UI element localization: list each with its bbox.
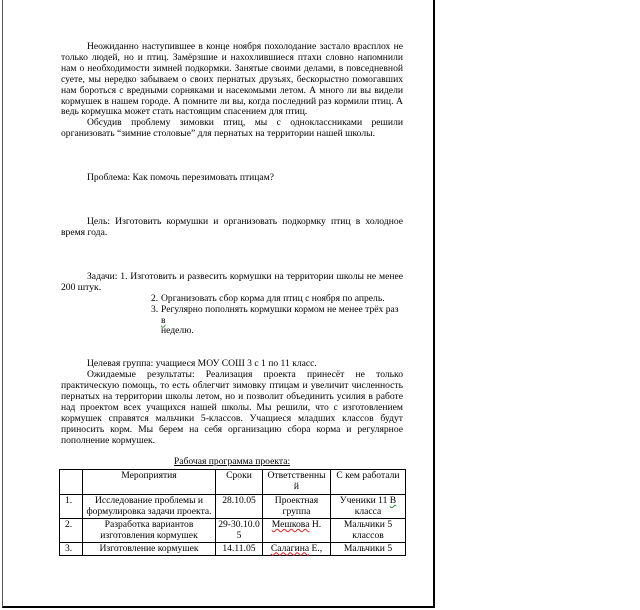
paragraph-goal: Цель: Изготовить кормушки и организовать… — [61, 217, 403, 239]
header-activity: Мероприятия — [83, 470, 216, 495]
header-num — [60, 470, 83, 495]
table-row: 1. Исследование проблемы и формулировка … — [60, 495, 406, 519]
task-item: 3.Регулярно пополнять кормушки кормом не… — [151, 305, 403, 338]
grammar-flag[interactable]: в — [161, 315, 166, 326]
paragraph-discussion: Обсудив проблему зимовки птиц, мы с одно… — [61, 118, 403, 140]
spelling-flag[interactable]: Салагина — [271, 543, 309, 554]
header-dates: Сроки — [216, 470, 263, 495]
project-program-table: Мероприятия Сроки Ответственный С кем ра… — [59, 469, 406, 556]
grammar-flag[interactable]: В — [390, 495, 396, 506]
table-header-row: Мероприятия Сроки Ответственный С кем ра… — [60, 470, 406, 495]
spelling-flag[interactable]: Мешкова — [272, 519, 310, 530]
table-row: 3. Изготовление кормушек 14.11.05 Салаги… — [60, 542, 406, 555]
tasks-list: 2.Организовать сбор корма для птиц с ноя… — [151, 294, 403, 338]
table-row: 2. Разработка вариантов изготовления кор… — [60, 518, 406, 542]
header-with: С кем работали — [331, 470, 406, 495]
header-responsible: Ответственный — [263, 470, 331, 495]
paragraph-expected-results: Ожидаемые результаты: Реализация проекта… — [61, 370, 403, 446]
paragraph-tasks: Задачи: 1. Изготовить и развесить кормуш… — [61, 272, 403, 294]
paragraph-intro: Неожиданно наступившее в конце ноября по… — [61, 42, 403, 118]
document-body: Неожиданно наступившее в конце ноября по… — [61, 42, 403, 467]
table-title: Рабочая программа проекта: — [61, 457, 403, 468]
paragraph-problem: Проблема: Как помочь перезимовать птицам… — [61, 173, 403, 184]
